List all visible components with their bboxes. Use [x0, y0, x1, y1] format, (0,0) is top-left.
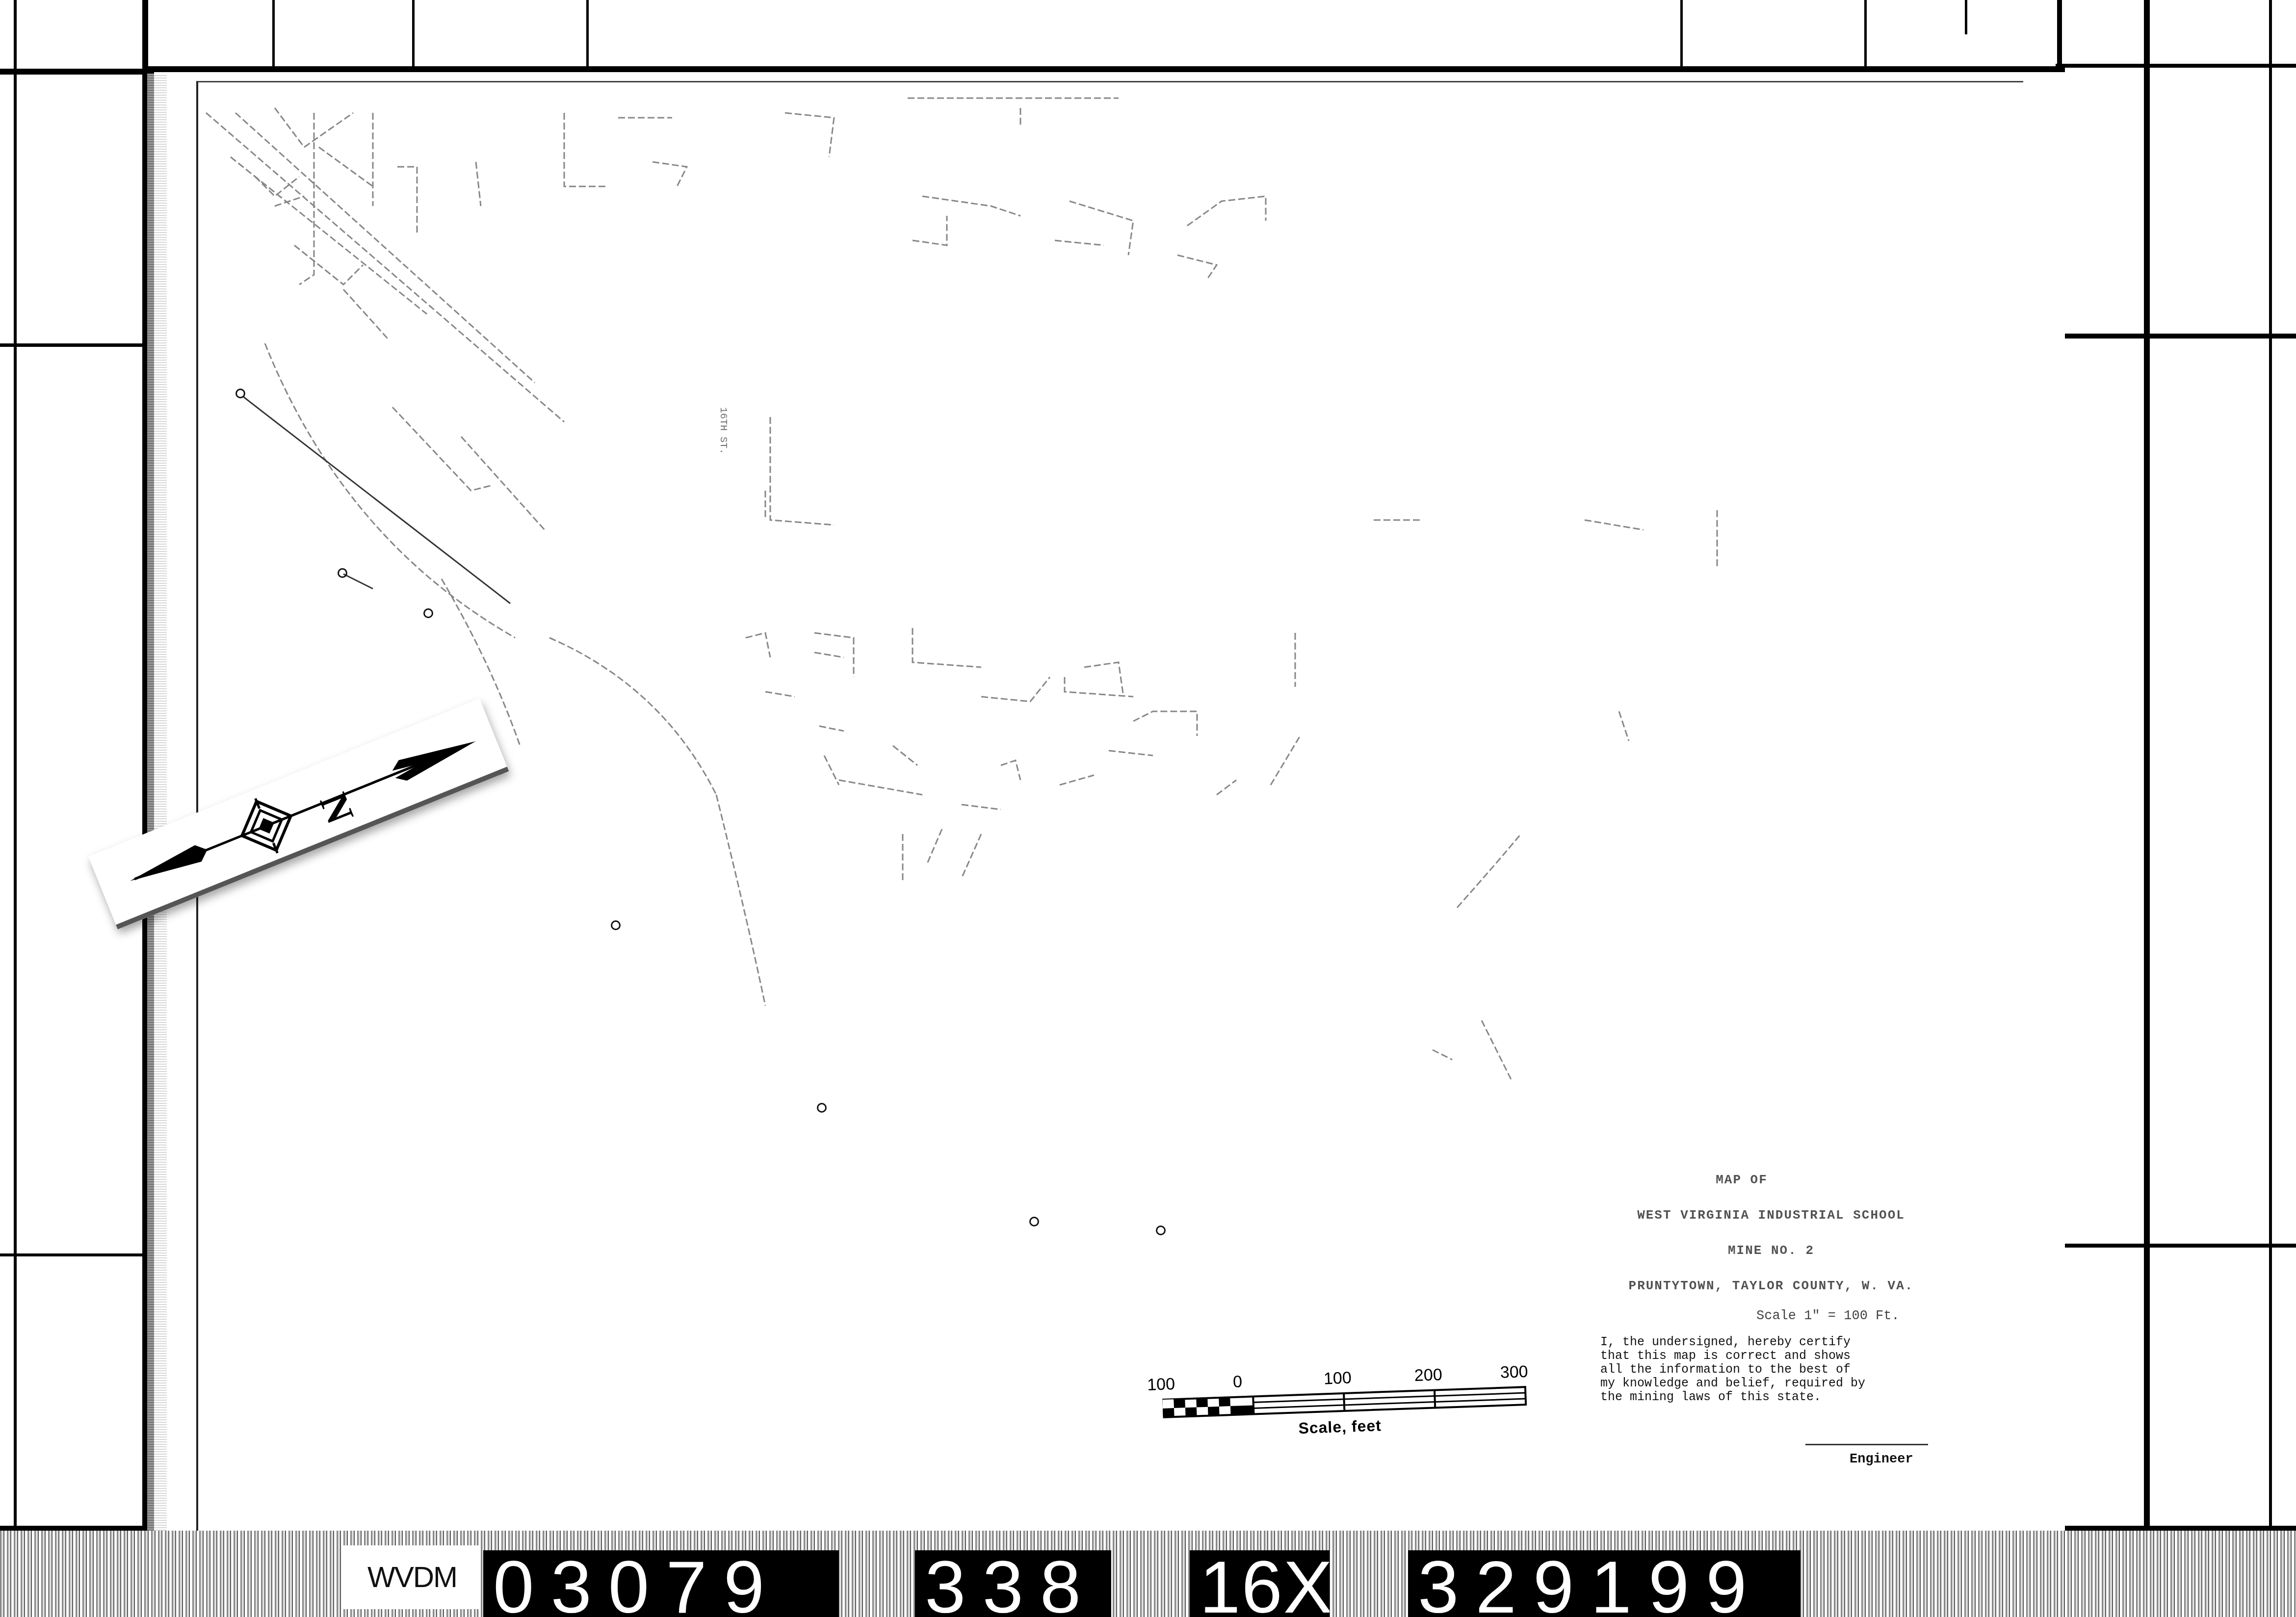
scale-tick-label: 100: [1147, 1375, 1175, 1395]
certification-line: my knowledge and belief, required by: [1600, 1377, 1944, 1390]
drill-hole-marker: [817, 1103, 827, 1113]
certification-line: that this map is correct and shows: [1600, 1349, 1944, 1363]
film-id-group: 329199: [1408, 1550, 1800, 1617]
drill-hole-marker: [1029, 1217, 1039, 1226]
scale-tick-label: 300: [1500, 1362, 1528, 1382]
film-id-prefix: WVDM: [343, 1545, 481, 1609]
drill-hole-marker: [235, 389, 245, 398]
title-block: MAP OF WEST VIRGINIA INDUSTRIAL SCHOOL M…: [1599, 1173, 1943, 1314]
scale-tick-label: 0: [1233, 1372, 1243, 1392]
scale-tick-label: 100: [1323, 1368, 1352, 1388]
map-title-line: PRUNTYTOWN, TAYLOR COUNTY, W. VA.: [1599, 1278, 1943, 1293]
film-id-group: 16X: [1190, 1550, 1330, 1617]
certification-line: all the information to the best of: [1600, 1363, 1944, 1377]
map-title-line: WEST VIRGINIA INDUSTRIAL SCHOOL: [1599, 1208, 1943, 1223]
certification-line: the mining laws of this state.: [1600, 1390, 1944, 1404]
drill-hole-marker: [1156, 1226, 1166, 1235]
drill-hole-marker: [423, 608, 433, 618]
film-id-group: 03079: [483, 1550, 839, 1617]
graphic-scale: 100 0 100 200 300 Scale, feet: [1147, 1362, 1542, 1449]
signature-line: [1805, 1444, 1928, 1445]
signature-label: Engineer: [1850, 1452, 1913, 1467]
certification-text: I, the undersigned, hereby certify that …: [1600, 1335, 1944, 1404]
svg-text:N: N: [312, 787, 362, 830]
drill-hole-marker: [338, 568, 347, 578]
certification-line: I, the undersigned, hereby certify: [1600, 1335, 1944, 1349]
film-id-group: 338: [915, 1550, 1111, 1617]
scale-statement: Scale 1" = 100 Ft.: [1756, 1309, 1900, 1324]
map-title-line: MINE NO. 2: [1599, 1243, 1943, 1258]
scale-caption: Scale, feet: [1298, 1416, 1382, 1437]
drill-hole-marker: [611, 920, 621, 930]
map-title-line: MAP OF: [1540, 1173, 1943, 1187]
street-label: 16TH ST.: [717, 407, 729, 454]
scale-tick-label: 200: [1414, 1365, 1442, 1385]
